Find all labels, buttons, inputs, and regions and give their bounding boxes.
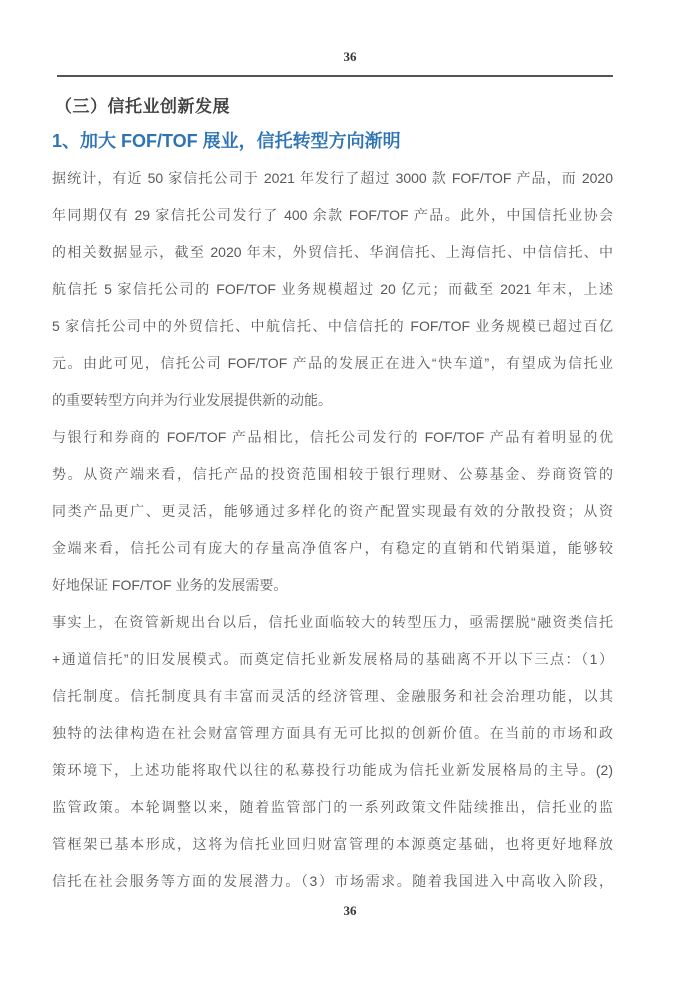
- text-line: 信托制度。信托制度具有丰富而灵活的经济管理、金融服务和社会治理功能，以其: [52, 678, 613, 715]
- text-line: 势。从资产端来看，信托产品的投资范围相较于银行理财、公募基金、券商资管的: [52, 456, 613, 493]
- text-line: 元。由此可见，信托公司 FOF/TOF 产品的发展正在进入“快车道”，有望成为信…: [52, 345, 613, 382]
- text-line: 好地保证 FOF/TOF 业务的发展需要。: [52, 567, 613, 604]
- text-line: 航信托 5 家信托公司的 FOF/TOF 业务规模超过 20 亿元；而截至 20…: [52, 271, 613, 308]
- section-heading: （三）信托业创新发展: [55, 92, 230, 117]
- text-line: 的相关数据显示，截至 2020 年末，外贸信托、华润信托、上海信托、中信信托、中: [52, 234, 613, 271]
- text-line: 金端来看，信托公司有庞大的存量高净值客户，有稳定的直销和代销渠道，能够较: [52, 530, 613, 567]
- text-line: 监管政策。本轮调整以来，随着监管部门的一系列政策文件陆续推出，信托业的监: [52, 789, 613, 826]
- text-line: 与银行和券商的 FOF/TOF 产品相比，信托公司发行的 FOF/TOF 产品有…: [52, 419, 613, 456]
- text-line: 独特的法律构造在社会财富管理方面具有无可比拟的创新价值。在当前的市场和政: [52, 715, 613, 752]
- text-line: 年同期仅有 29 家信托公司发行了 400 余款 FOF/TOF 产品。此外，中…: [52, 197, 613, 234]
- text-line: 同类产品更广、更灵活，能够通过多样化的资产配置实现最有效的分散投资；从资: [52, 493, 613, 530]
- text-line: 的重要转型方向并为行业发展提供新的动能。: [52, 382, 613, 419]
- sub-heading: 1、加大 FOF/TOF 展业，信托转型方向渐明: [52, 127, 401, 153]
- text-line: 5 家信托公司中的外贸信托、中航信托、中信信托的 FOF/TOF 业务规模已超过…: [52, 308, 613, 345]
- paragraph: 据统计，有近 50 家信托公司于 2021 年发行了超过 3000 款 FOF/…: [52, 160, 613, 419]
- text-line: 据统计，有近 50 家信托公司于 2021 年发行了超过 3000 款 FOF/…: [52, 160, 613, 197]
- body-text: 据统计，有近 50 家信托公司于 2021 年发行了超过 3000 款 FOF/…: [52, 160, 613, 900]
- header-rule: [57, 75, 613, 77]
- paragraph: 与银行和券商的 FOF/TOF 产品相比，信托公司发行的 FOF/TOF 产品有…: [52, 419, 613, 604]
- text-line: 管框架已基本形成，这将为信托业回归财富管理的本源奠定基础，也将更好地释放: [52, 826, 613, 863]
- text-line: 策环境下，上述功能将取代以往的私募投行功能成为信托业新发展格局的主导。(2): [52, 752, 613, 789]
- footer-page-number: 36: [0, 903, 700, 919]
- document-page: 36 （三）信托业创新发展 1、加大 FOF/TOF 展业，信托转型方向渐明 据…: [0, 0, 700, 990]
- text-line: +通道信托”的旧发展模式。而奠定信托业新发展格局的基础离不开以下三点：（1）: [52, 641, 613, 678]
- text-line: 信托在社会服务等方面的发展潜力。（3）市场需求。随着我国进入中高收入阶段，: [52, 863, 613, 900]
- header-page-number: 36: [0, 49, 700, 65]
- text-line: 事实上，在资管新规出台以后，信托业面临较大的转型压力，亟需摆脱“融资类信托: [52, 604, 613, 641]
- paragraph: 事实上，在资管新规出台以后，信托业面临较大的转型压力，亟需摆脱“融资类信托 +通…: [52, 604, 613, 900]
